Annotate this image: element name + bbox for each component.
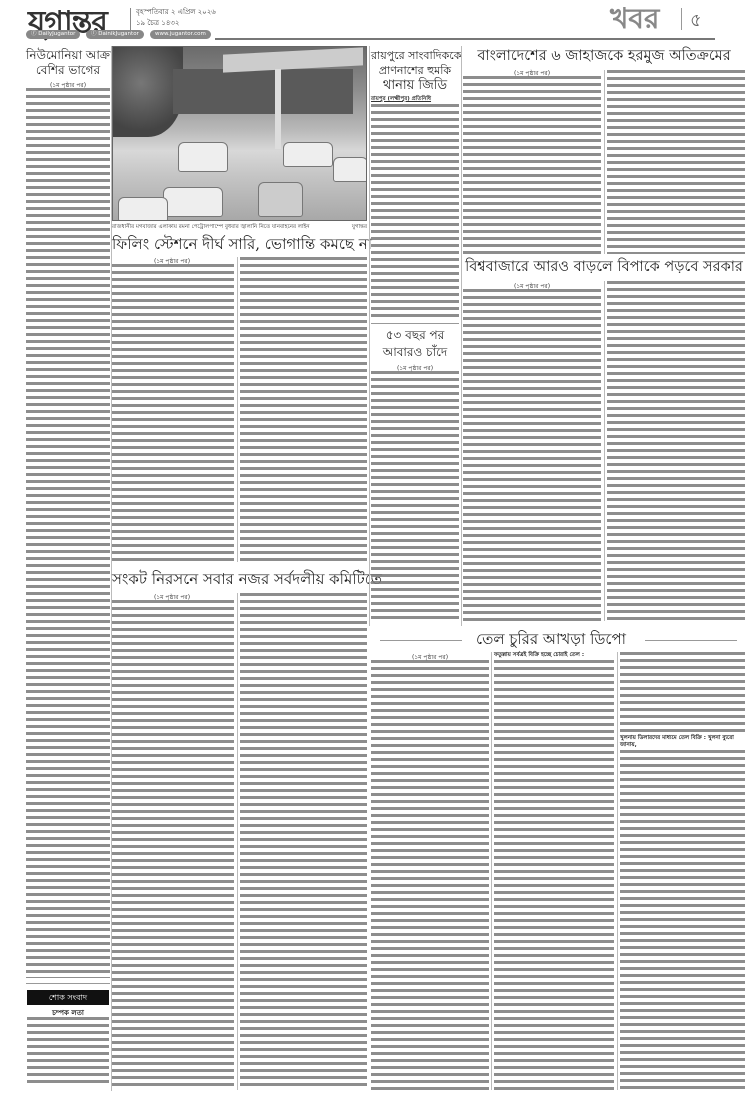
headline-filling-station: ফিলিং স্টেশনে দীর্ঘ সারি, ভোগান্তি কমছে …: [112, 235, 367, 253]
date-gregorian: বৃহস্পতিবার ২ এপ্রিল ২০২৬: [136, 7, 216, 18]
article-body-oil-theft-col1: [371, 660, 489, 1090]
article-body-moon: [371, 371, 459, 621]
headline-oil-theft: তেল চুরির আখড়া ডিপো: [462, 630, 640, 648]
article-body-oil-theft-col3a: [620, 652, 745, 732]
headline-all-party-committee: সংকট নিরসনে সবার নজর সর্বদলীয় কমিটিতে: [112, 570, 367, 588]
headline-hormuz: বাংলাদেশের ৬ জাহাজকে হরমুজ অতিক্রমের: [463, 47, 745, 65]
column-divider: [237, 593, 238, 1090]
column-divider: [491, 652, 492, 1090]
divider: [26, 983, 110, 984]
section-title: খবর: [610, 4, 659, 34]
facebook-link[interactable]: ⓕ DailyJugantor: [26, 30, 80, 39]
headline-moon: ৫৩ বছর পর আবারও চাঁদে: [371, 327, 459, 361]
subhead-khulna: খুলনায় ডিলারদের মাধ্যমে তেল বিক্রি : খু…: [620, 735, 745, 749]
photo-credit: যুগান্তর: [352, 224, 367, 232]
column-divider: [604, 70, 605, 254]
article-body-hormuz-col2: [607, 70, 745, 254]
headline-world-market: বিশ্ববাজারে আরও বাড়লে বিপাকে পড়বে সরকা…: [463, 258, 745, 276]
column-divider: [237, 257, 238, 562]
column-divider: [369, 46, 370, 626]
twitter-link[interactable]: ⓣ DainikJugantor: [86, 30, 144, 39]
divider: [371, 323, 459, 324]
article-body-oil-theft-col3b: [620, 750, 745, 1090]
divider: [380, 640, 462, 641]
website-link[interactable]: www.jugantor.com: [150, 30, 211, 39]
article-body-all-party-col2: [240, 593, 367, 1090]
news-photo-filling-station: [112, 46, 367, 221]
article-body-oil-theft-col2: [494, 660, 614, 1090]
divider: [681, 8, 682, 30]
obituary-body: [27, 1017, 109, 1087]
page-number: ৫: [690, 6, 702, 37]
article-body-filling-station-col2: [240, 257, 367, 562]
article-body-pneumonia: [26, 88, 110, 978]
article-body-raipur: [371, 104, 459, 319]
column-divider: [461, 46, 462, 626]
headline-raipur: রায়পুরে সাংবাদিককে প্রাণনাশের হুমকি থান…: [371, 48, 459, 93]
date-bengali: ১৯ চৈত্র ১৪৩২: [136, 18, 216, 29]
article-body-filling-station-col1: [112, 264, 234, 562]
article-body-world-market-col2: [607, 281, 745, 621]
issue-date: বৃহস্পতিবার ২ এপ্রিল ২০২৬ ১৯ চৈত্র ১৪৩২: [136, 7, 216, 29]
article-body-hormuz-col1: [463, 76, 601, 254]
masthead-rule: [215, 38, 715, 40]
photo-caption: রাজধানীর মগবাজার এলাকায় রমনা পেট্রোলপাম…: [112, 224, 367, 232]
divider: [645, 640, 737, 641]
divider: [130, 8, 131, 30]
column-divider: [617, 652, 618, 1090]
article-body-world-market-col1: [463, 289, 601, 621]
article-body-all-party-col1: [112, 600, 234, 1090]
dateline: রায়পুর (লক্ষ্মীপুর) প্রতিনিধি: [371, 96, 459, 104]
headline-pneumonia: নিউমোনিয়া আক্রান্ত বেশির ভাগের: [26, 48, 110, 78]
subhead-fatullah: ফতুল্লায় সর্বত্রই বিক্রি হচ্ছে চোরাই তে…: [494, 652, 614, 660]
obituary-section-label: শোক সংবাদ: [27, 990, 109, 1005]
column-divider: [604, 281, 605, 621]
